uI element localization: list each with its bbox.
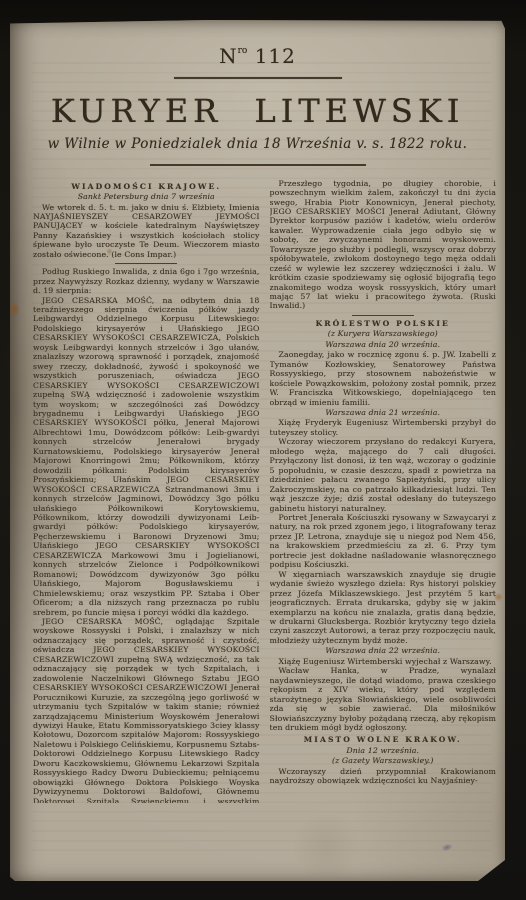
dateline-warszawa-20: Warszawa dnia 20 września. — [270, 340, 497, 349]
paragraph-pomnik: Zaonegday, jako w rocznicę zgonu ś. p. J… — [270, 350, 497, 407]
paragraph-krakow: Wczorayszy dzień przypomniał Krakowianom… — [270, 767, 497, 786]
paragraph-xiegarnie: W xięgarniach warszawskich znayduje się … — [270, 570, 497, 646]
right-column: Przeszłego tygodnia, po długiey chorobie… — [270, 179, 497, 803]
paragraph-waz: Wczoray wieczorem przysłano do redakcyi … — [270, 437, 497, 513]
article-columns: WIADOMOŚCI KRAJOWE. Sankt Petersburg dni… — [10, 179, 505, 803]
paragraph-konownicyn: Przeszłego tygodnia, po długiey chorobie… — [270, 179, 497, 311]
dateline-krakow: Dnia 12 września. — [270, 746, 497, 755]
section-divider — [115, 263, 177, 264]
paragraph-podlug-inwalida: Podług Ruskiego Inwalida, z dnia 6go i 7… — [33, 267, 260, 295]
section-header-miasto-wolne-krakow: MIASTO WOLNE KRAKOW. — [270, 735, 497, 744]
left-column: WIADOMOŚCI KRAJOWE. Sankt Petersburg dni… — [33, 179, 260, 803]
section-divider — [352, 315, 414, 316]
source-kuryer-warszawski: (z Kuryera Warszawskiego) — [270, 329, 497, 338]
section-header-krolestwo-polskie: KRÓLESTWO POLSKIE — [270, 319, 497, 328]
scan-background: Nro 112 KURYER LITEWSKI w Wilnie w Ponie… — [0, 0, 526, 900]
source-gazeta-warszawska: (z Gazety Warszawskiey.) — [270, 756, 497, 765]
paragraph-cwiczenia-polkow: JEGO CESARSKA MOŚĆ, na odbytem dnia 18 t… — [33, 296, 260, 617]
section-header-wiadomosci-krajowe: WIADOMOŚCI KRAJOWE. — [33, 182, 260, 191]
masthead-dateline: w Wilnie w Poniedzialek dnia 18 Września… — [10, 136, 505, 152]
issue-superscript: ro — [238, 46, 248, 56]
paragraph-hanka: Wacław Hanka, w Pradze, wynalazł naydawn… — [270, 666, 497, 732]
dateline-petersburg: Sankt Petersburg dnia 7 września — [33, 192, 260, 201]
issue-prefix: N — [219, 44, 238, 68]
paragraph-xiaze-przybyl: Xiążę Fryderyk Eugeniusz Wirtemberski pr… — [270, 418, 497, 437]
issue-value: 112 — [255, 44, 296, 68]
dateline-warszawa-22: Warszawa dnia 22 września. — [270, 646, 497, 655]
paragraph-szpitale: JEGO CESARSKA MOŚĆ, oglądając Szpitale w… — [33, 617, 260, 803]
paragraph-portret-kosciuszki: Portret Jenerała Kościuszki rysowany w S… — [270, 513, 497, 570]
issue-number: Nro 112 — [10, 44, 505, 68]
masthead-divider-top — [174, 77, 342, 79]
newspaper-title: KURYER LITEWSKI — [10, 93, 505, 129]
masthead: Nro 112 KURYER LITEWSKI w Wilnie w Ponie… — [10, 20, 505, 166]
masthead-divider-bottom — [150, 164, 366, 166]
dateline-warszawa-21: Warszawa dnia 21 września. — [270, 408, 497, 417]
ink-mark — [440, 842, 454, 852]
newspaper-page: Nro 112 KURYER LITEWSKI w Wilnie w Ponie… — [10, 20, 505, 881]
paragraph-xiaze-wyjechal: Xiążę Eugeniusz Wirtemberski wyjechał z … — [270, 657, 497, 666]
paragraph-te-deum: We wtorek d. 5. t. m. jako w dniu ś. Elż… — [33, 203, 260, 260]
